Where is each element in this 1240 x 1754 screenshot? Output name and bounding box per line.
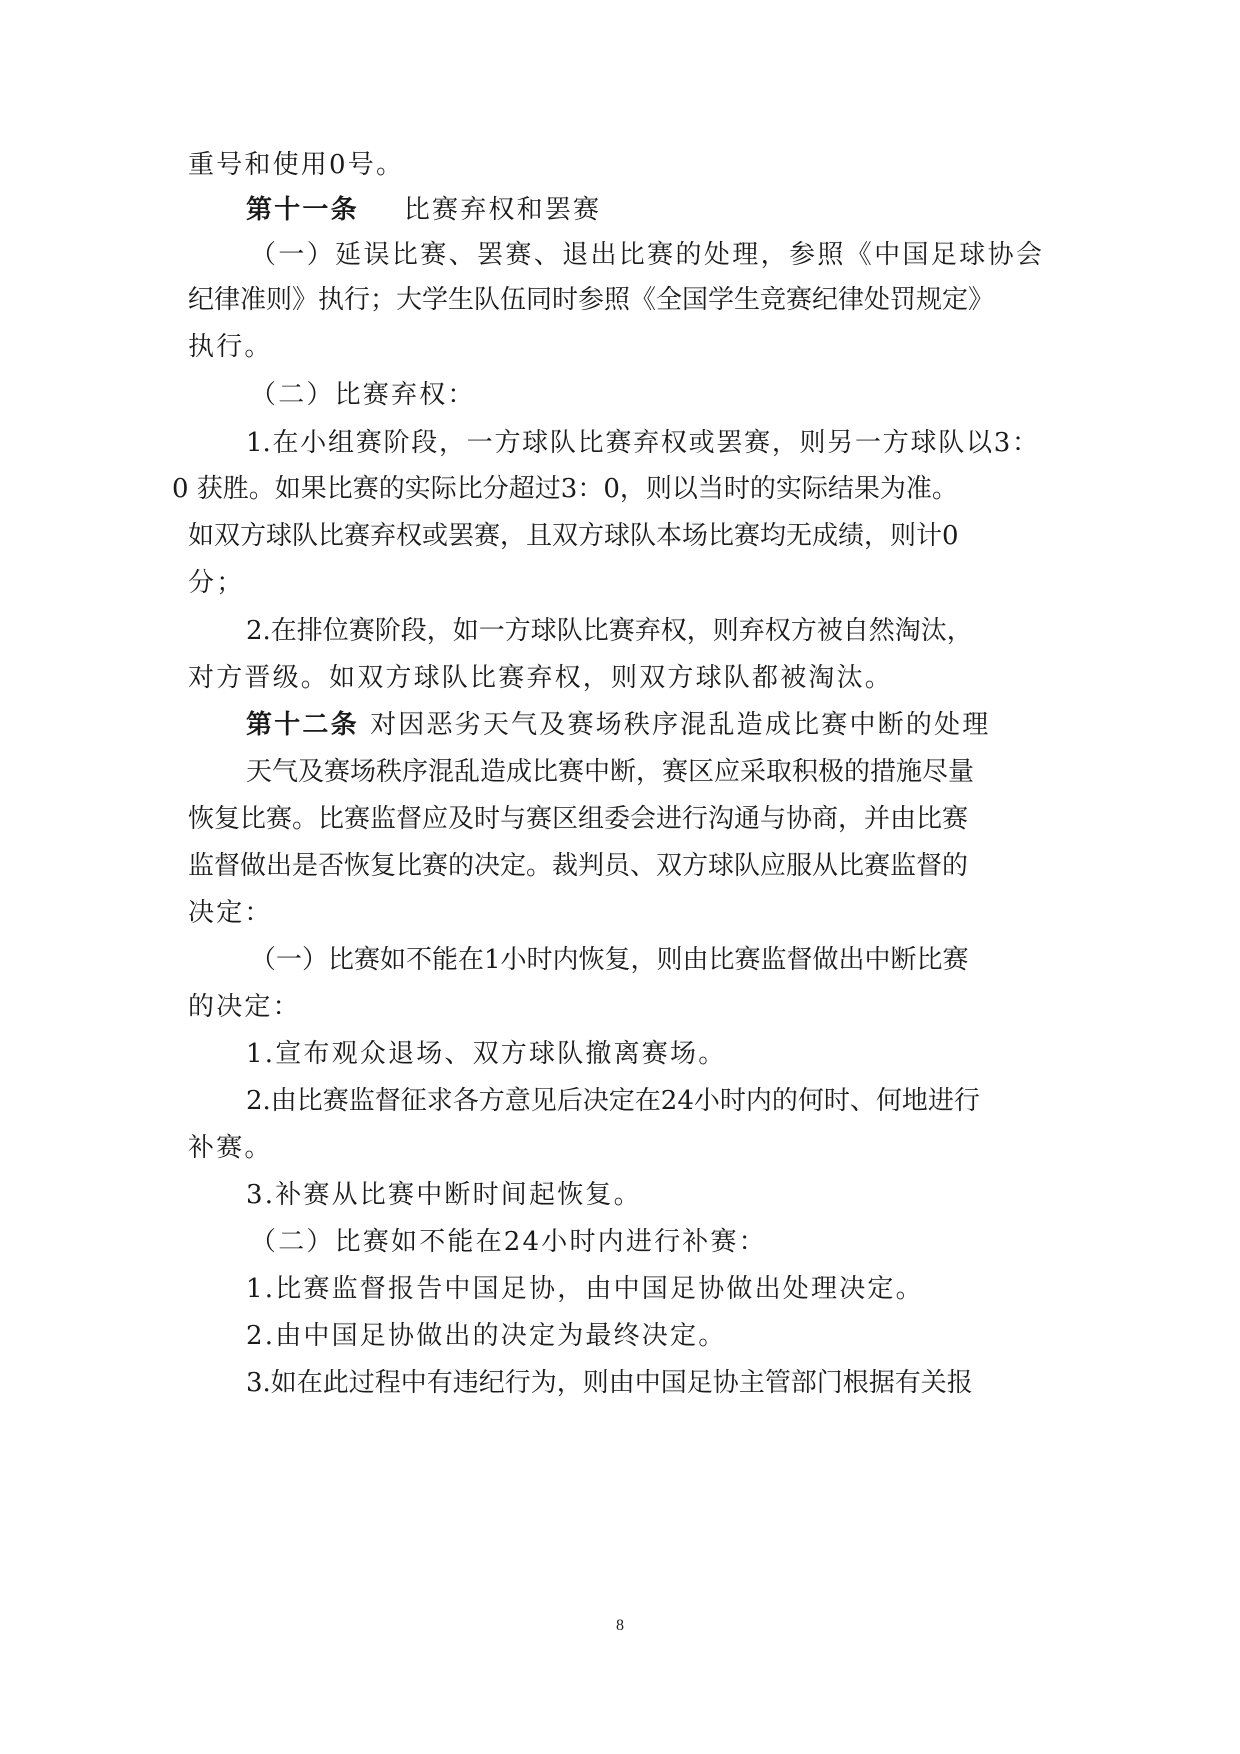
- paragraph-line: 对方晋级。如双方球队比赛弃权，则双方球队都被淘汰。: [188, 661, 1048, 695]
- paragraph-line: 2.在排位赛阶段，如一方球队比赛弃权，则弃权方被自然淘汰，: [246, 614, 942, 648]
- article-heading-11: 第十一条 比赛弃权和罢赛: [246, 193, 1046, 227]
- paragraph-line: 决定：: [188, 896, 1048, 930]
- list-item: 3.如在此过程中有违纪行为，则由中国足协主管部门根据有关报: [246, 1366, 942, 1400]
- list-item: 2.由比赛监督征求各方意见后决定在24小时内的何时、何地进行: [246, 1084, 942, 1118]
- page-number: 8: [0, 1617, 1240, 1635]
- paragraph-line: 的决定：: [188, 990, 1048, 1024]
- paragraph-line: （二）比赛弃权：: [250, 378, 1050, 412]
- document-page: 重号和使用0号。 第十一条 比赛弃权和罢赛 （一）延误比赛、罢赛、退出比赛的处理…: [0, 0, 1240, 1754]
- list-item: 2.由中国足协做出的决定为最终决定。: [246, 1319, 1046, 1353]
- paragraph-line: （一）比赛如不能在1小时内恢复，则由比赛监督做出中断比赛: [250, 943, 942, 977]
- article-title: 比赛弃权和罢赛: [404, 195, 601, 225]
- list-item: 3.补赛从比赛中断时间起恢复。: [246, 1178, 1046, 1212]
- paragraph-line: 执行。: [188, 330, 1048, 364]
- paragraph-line: 分；: [188, 566, 1048, 600]
- paragraph-line: （一）延误比赛、罢赛、退出比赛的处理，参照《中国足球协会: [250, 238, 1042, 272]
- paragraph-line: 重号和使用0号。: [188, 148, 1048, 182]
- paragraph-line: 天气及赛场秩序混乱造成比赛中断，赛区应采取积极的措施尽量: [246, 755, 942, 789]
- list-item: 1.比赛监督报告中国足协，由中国足协做出处理决定。: [246, 1272, 1046, 1306]
- list-item: 1.宣布观众退场、双方球队撤离赛场。: [246, 1037, 1046, 1071]
- paragraph-line: 1.在小组赛阶段，一方球队比赛弃权或罢赛，则另一方球队以3：: [246, 426, 1038, 460]
- paragraph-line: 监督做出是否恢复比赛的决定。裁判员、双方球队应服从比赛监督的: [188, 849, 942, 883]
- paragraph-line: 恢复比赛。比赛监督应及时与赛区组委会进行沟通与协商，并由比赛: [188, 802, 942, 836]
- paragraph-line: 补赛。: [188, 1131, 1048, 1165]
- article-heading-12: 第十二条 对因恶劣天气及赛场秩序混乱造成比赛中断的处理: [246, 708, 1046, 742]
- paragraph-line: 如双方球队比赛弃权或罢赛，且双方球队本场比赛均无成绩，则计0: [188, 519, 942, 553]
- article-number: 第十二条: [246, 710, 359, 740]
- article-title: 对因恶劣天气及赛场秩序混乱造成比赛中断的处理: [370, 710, 990, 740]
- paragraph-line: （二）比赛如不能在24小时内进行补赛：: [250, 1225, 1050, 1259]
- paragraph-line: 0 获胜。如果比赛的实际比分超过3：0，则以当时的实际结果为准。: [172, 472, 942, 506]
- paragraph-line: 纪律准则》执行；大学生队伍同时参照《全国学生竞赛纪律处罚规定》: [188, 283, 942, 317]
- article-number: 第十一条: [246, 195, 359, 225]
